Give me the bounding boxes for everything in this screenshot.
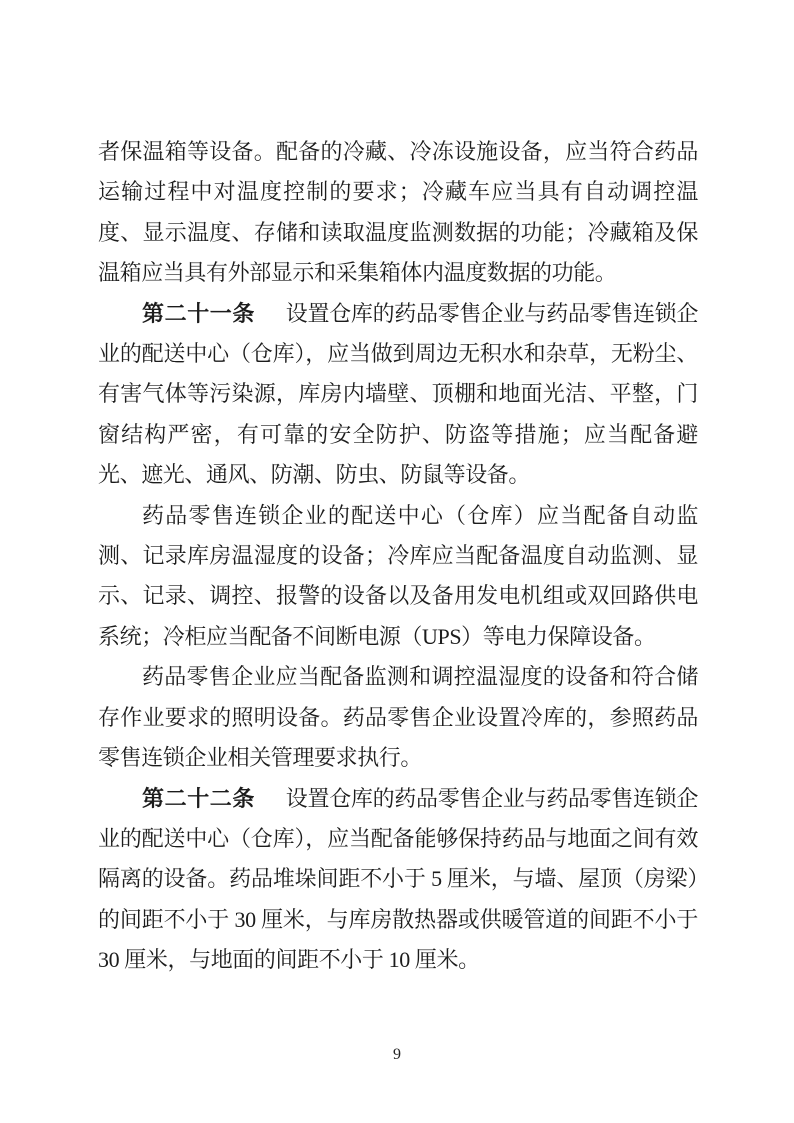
article-21-number-label: 第二十一条 [142,301,255,326]
paragraph-retail-equipment: 药品零售企业应当配备监测和调控温湿度的设备和符合储存作业要求的照明设备。药品零售… [98,657,698,778]
document-body: 者保温箱等设备。配备的冷藏、冷冻设施设备，应当符合药品运输过程中对温度控制的要求… [98,132,698,981]
paragraph-text: 者保温箱等设备。配备的冷藏、冷冻设施设备，应当符合药品运输过程中对温度控制的要求… [98,139,698,285]
paragraph-chain-distribution-center: 药品零售连锁企业的配送中心（仓库）应当配备自动监测、记录库房温湿度的设备；冷库应… [98,496,698,658]
page-footer: 9 [0,1046,794,1064]
paragraph-text: 设置仓库的药品零售企业与药品零售连锁企业的配送中心（仓库），应当做到周边无积水和… [98,301,698,488]
paragraph-article-22: 第二十二条设置仓库的药品零售企业与药品零售连锁企业的配送中心（仓库），应当配备能… [98,779,698,981]
paragraph-text: 药品零售连锁企业的配送中心（仓库）应当配备自动监测、记录库房温湿度的设备；冷库应… [98,503,698,649]
document-page: 者保温箱等设备。配备的冷藏、冷冻设施设备，应当符合药品运输过程中对温度控制的要求… [0,0,794,1123]
paragraph-continuation: 者保温箱等设备。配备的冷藏、冷冻设施设备，应当符合药品运输过程中对温度控制的要求… [98,132,698,294]
paragraph-text: 药品零售企业应当配备监测和调控温湿度的设备和符合储存作业要求的照明设备。药品零售… [98,664,698,770]
paragraph-article-21: 第二十一条设置仓库的药品零售企业与药品零售连锁企业的配送中心（仓库），应当做到周… [98,294,698,496]
paragraph-text: 设置仓库的药品零售企业与药品零售连锁企业的配送中心（仓库），应当配备能够保持药品… [98,786,698,973]
page-number: 9 [393,1046,401,1063]
article-22-number-label: 第二十二条 [142,786,255,811]
